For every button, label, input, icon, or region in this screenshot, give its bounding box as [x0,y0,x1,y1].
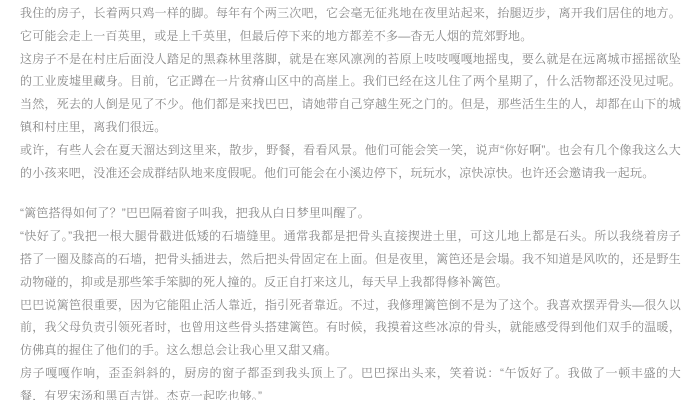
reader-page: 我住的房子，长着两只鸡一样的脚。每年有个两三次吧，它会毫无征兆地在夜里站起来，抬… [0,0,700,400]
paragraph-3: 或许，有些人会在夏天溜达到这里来，散步，野餐，看看风景。他们可能会笑一笑，说声“… [20,139,681,185]
paragraph-5: “快好了。”我把一根大腿骨戳进低矮的石墙缝里。通常我都是把骨头直接揳进土里，可这… [20,225,681,293]
paragraph-6: 巴巴说篱笆很重要，因为它能阻止活人靠近，指引死者靠近。不过，我修理篱笆倒不是为了… [20,294,681,362]
paragraph-7: 房子嘎嘎作响，歪歪斜斜的，厨房的窗子都歪到我头顶上了。巴巴探出头来，笑着说：“午… [20,362,681,400]
paragraph-1: 我住的房子，长着两只鸡一样的脚。每年有个两三次吧，它会毫无征兆地在夜里站起来，抬… [20,2,681,48]
paragraph-4: “篱笆搭得如何了？”巴巴隔着窗子叫我，把我从白日梦里叫醒了。 [20,202,681,225]
paragraph-2: 这房子不是在村庄后面没人踏足的黑森林里落脚，就是在寒风凛冽的苔原上吱吱嘎嘎地摇曳… [20,48,681,139]
scene-break-spacer [20,184,681,202]
